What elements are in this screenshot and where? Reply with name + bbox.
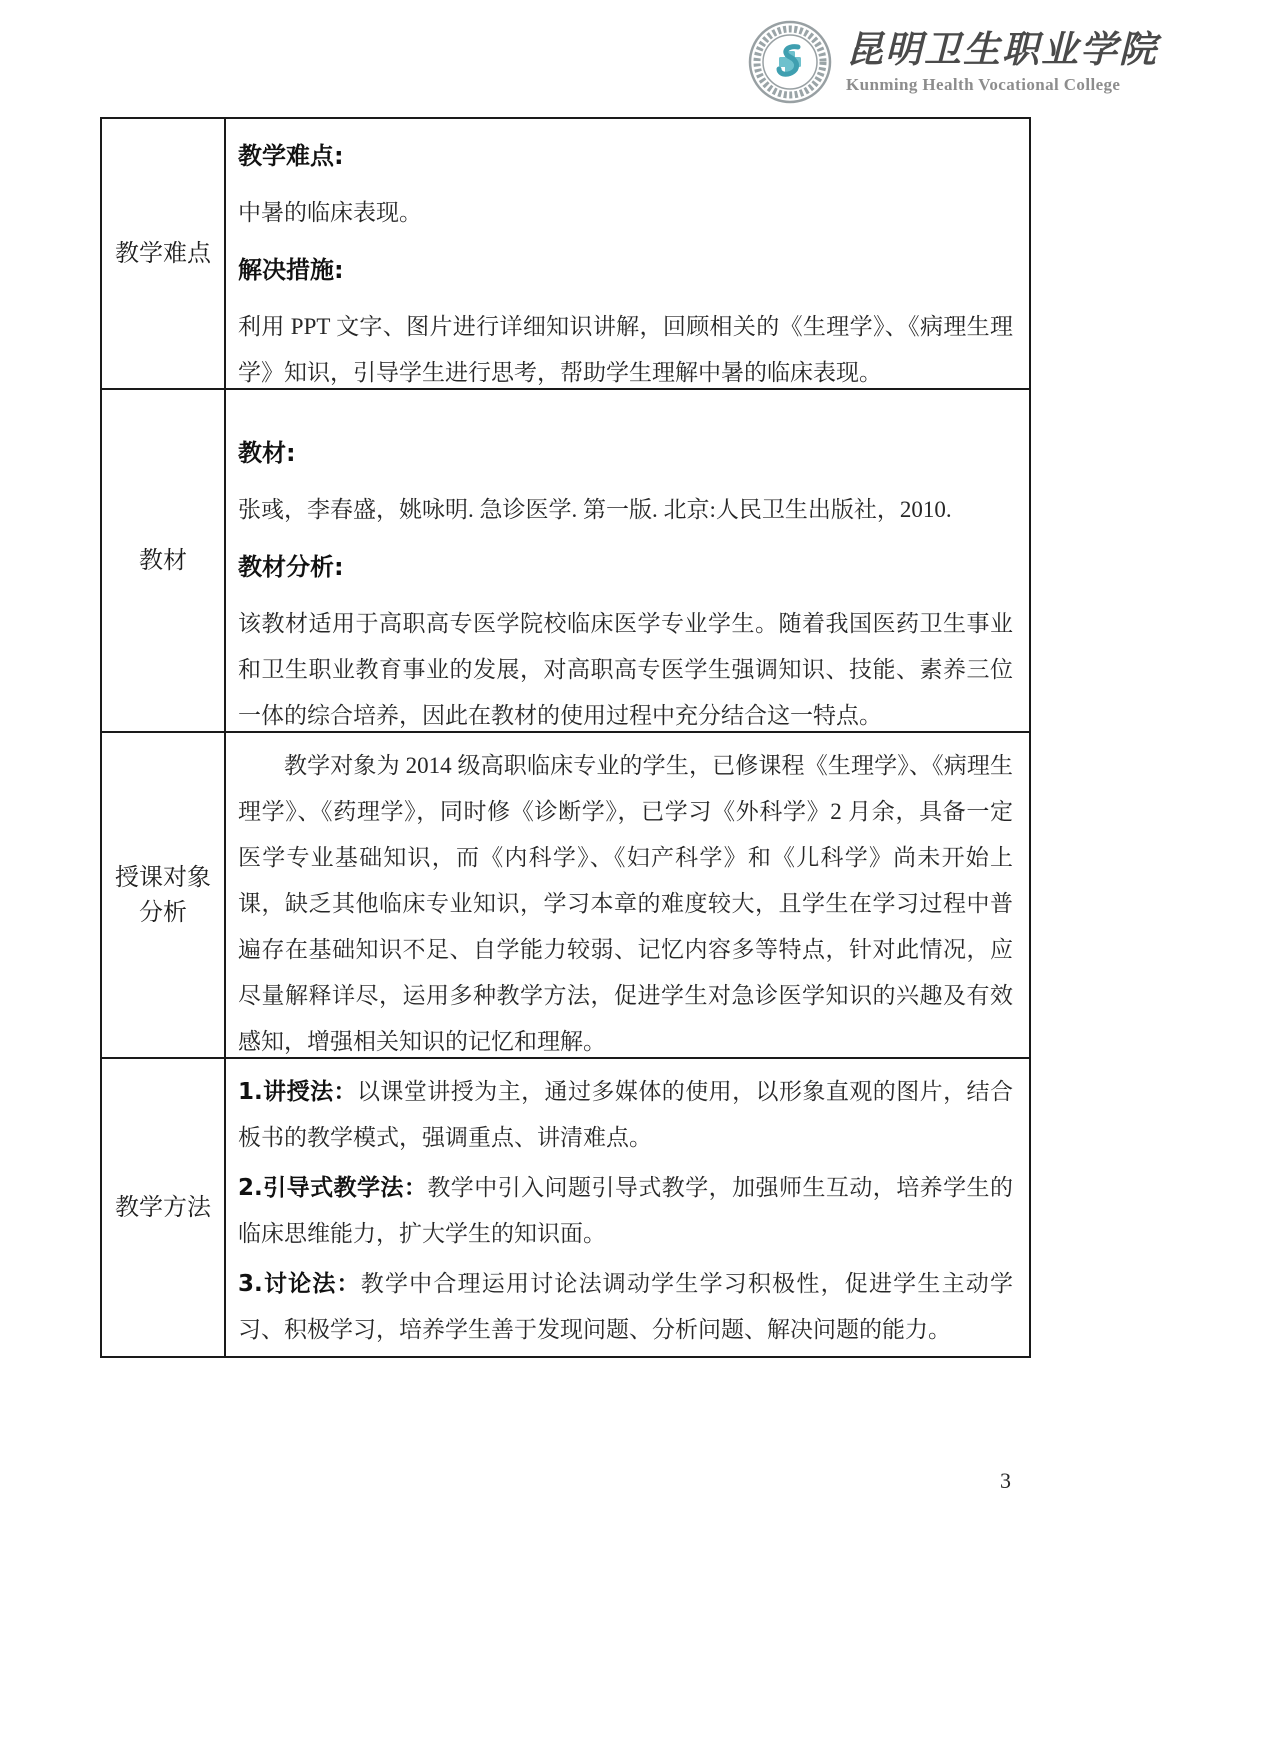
table-row-textbook: 教材 教材: 张彧，李春盛，姚咏明. 急诊医学. 第一版. 北京:人民卫生出版社… <box>102 390 1029 733</box>
header: 昆明卫生职业学院 Kunming Health Vocational Colle… <box>748 20 1158 104</box>
college-name-block: 昆明卫生职业学院 Kunming Health Vocational Colle… <box>846 29 1158 95</box>
document-page: 昆明卫生职业学院 Kunming Health Vocational Colle… <box>0 0 1271 1763</box>
row-label-teaching-difficulties: 教学难点 <box>102 119 226 388</box>
heading-teaching-difficulties: 教学难点: <box>238 133 1013 179</box>
para-solutions: 利用 PPT 文字、图片进行详细知识讲解，回顾相关的《生理学》、《病理生理学》知… <box>238 304 1013 396</box>
method-lead-guided: 2.引导式教学法： <box>238 1175 427 1201</box>
table-row-teaching-methods: 教学方法 1.讲授法：以课堂讲授为主，通过多媒体的使用，以形象直观的图片，结合板… <box>102 1059 1029 1356</box>
college-seal-icon <box>748 20 832 104</box>
table-row-audience-analysis: 授课对象 分析 教学对象为 2014 级高职临床专业的学生，已修课程《生理学》、… <box>102 733 1029 1059</box>
row-label-audience-analysis: 授课对象 分析 <box>102 733 226 1057</box>
row-content-teaching-difficulties: 教学难点: 中暑的临床表现。 解决措施: 利用 PPT 文字、图片进行详细知识讲… <box>226 119 1029 388</box>
row-content-teaching-methods: 1.讲授法：以课堂讲授为主，通过多媒体的使用，以形象直观的图片，结合板书的教学模… <box>226 1059 1029 1356</box>
row-label-textbook: 教材 <box>102 390 226 731</box>
method-item-discussion: 3.讨论法：教学中合理运用讨论法调动学生学习积极性，促进学生主动学习、积极学习，… <box>238 1261 1013 1353</box>
row-content-textbook: 教材: 张彧，李春盛，姚咏明. 急诊医学. 第一版. 北京:人民卫生出版社，20… <box>226 390 1029 731</box>
para-textbook-analysis: 该教材适用于高职高专医学院校临床医学专业学生。随着我国医药卫生事业和卫生职业教育… <box>238 601 1013 739</box>
row-label-teaching-methods: 教学方法 <box>102 1059 226 1356</box>
method-lead-discussion: 3.讨论法： <box>238 1271 361 1297</box>
method-lead-lecture: 1.讲授法： <box>238 1079 357 1105</box>
para-textbook-citation: 张彧，李春盛，姚咏明. 急诊医学. 第一版. 北京:人民卫生出版社，2010. <box>238 487 1013 533</box>
heading-textbook: 教材: <box>238 430 1013 476</box>
heading-textbook-analysis: 教材分析: <box>238 544 1013 590</box>
method-item-lecture: 1.讲授法：以课堂讲授为主，通过多媒体的使用，以形象直观的图片，结合板书的教学模… <box>238 1069 1013 1161</box>
para-difficulty: 中暑的临床表现。 <box>238 190 1013 236</box>
college-name-cn: 昆明卫生职业学院 <box>846 29 1158 73</box>
table-row-teaching-difficulties: 教学难点 教学难点: 中暑的临床表现。 解决措施: 利用 PPT 文字、图片进行… <box>102 119 1029 390</box>
para-audience-analysis: 教学对象为 2014 级高职临床专业的学生，已修课程《生理学》、《病理生理学》、… <box>238 743 1013 1065</box>
method-item-guided: 2.引导式教学法：教学中引入问题引导式教学，加强师生互动，培养学生的临床思维能力… <box>238 1165 1013 1257</box>
page-number: 3 <box>1000 1468 1011 1494</box>
teaching-plan-table: 教学难点 教学难点: 中暑的临床表现。 解决措施: 利用 PPT 文字、图片进行… <box>100 117 1031 1358</box>
heading-solutions: 解决措施: <box>238 247 1013 293</box>
row-content-audience-analysis: 教学对象为 2014 级高职临床专业的学生，已修课程《生理学》、《病理生理学》、… <box>226 733 1029 1057</box>
college-name-en: Kunming Health Vocational College <box>846 75 1158 95</box>
